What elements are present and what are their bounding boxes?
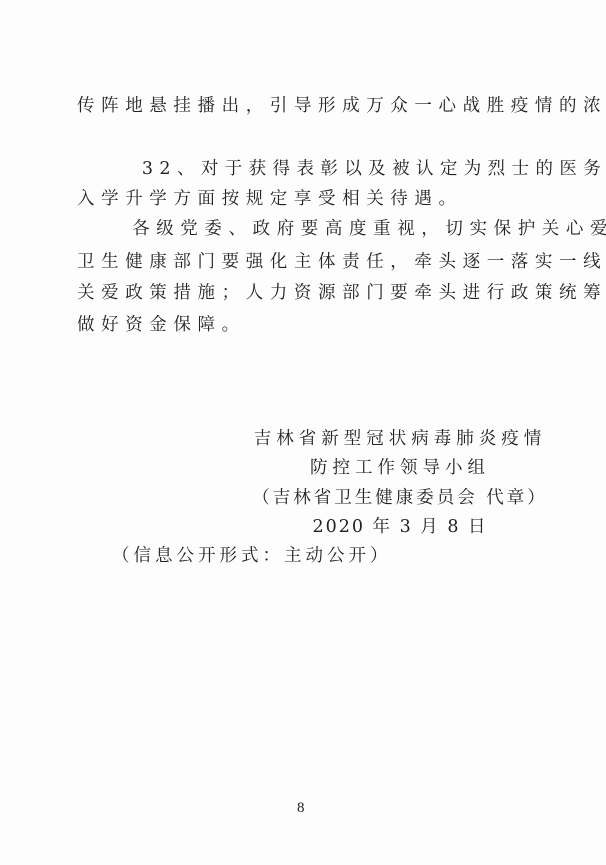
signature-date: 2020 年 3 月 8 日 xyxy=(240,516,560,538)
body-line-3: 入学升学方面按规定享受相关待遇。 xyxy=(77,188,547,210)
signature-org-line1: 吉林省新型冠状病毒肺炎疫情 xyxy=(240,428,560,450)
page-number: 8 xyxy=(297,800,305,817)
body-line-1: 传阵地悬挂播出，引导形成万众一心战胜疫情的浓厚氛围。 xyxy=(77,95,547,117)
body-line-6: 关爱政策措施；人力资源部门要牵头进行政策统筹；财政部门要 xyxy=(77,282,547,304)
disclosure-note: （信息公开形式：主动公开） xyxy=(112,545,582,567)
signature-seal-note: （吉林省卫生健康委员会 代章） xyxy=(240,487,560,509)
document-page: 传阵地悬挂播出，引导形成万众一心战胜疫情的浓厚氛围。 32、对于获得表彰以及被认… xyxy=(0,0,606,865)
body-line-5: 卫生健康部门要强化主体责任，牵头逐一落实一线医务人员关心 xyxy=(77,251,547,273)
body-line-2: 32、对于获得表彰以及被认定为烈士的医务人员的子女，在 xyxy=(118,158,588,180)
body-line-7: 做好资金保障。 xyxy=(77,314,547,336)
signature-org-line2: 防控工作领导小组 xyxy=(240,457,560,479)
body-line-4: 各级党委、政府要高度重视，切实保护关心爱护医务人员。 xyxy=(108,218,578,240)
